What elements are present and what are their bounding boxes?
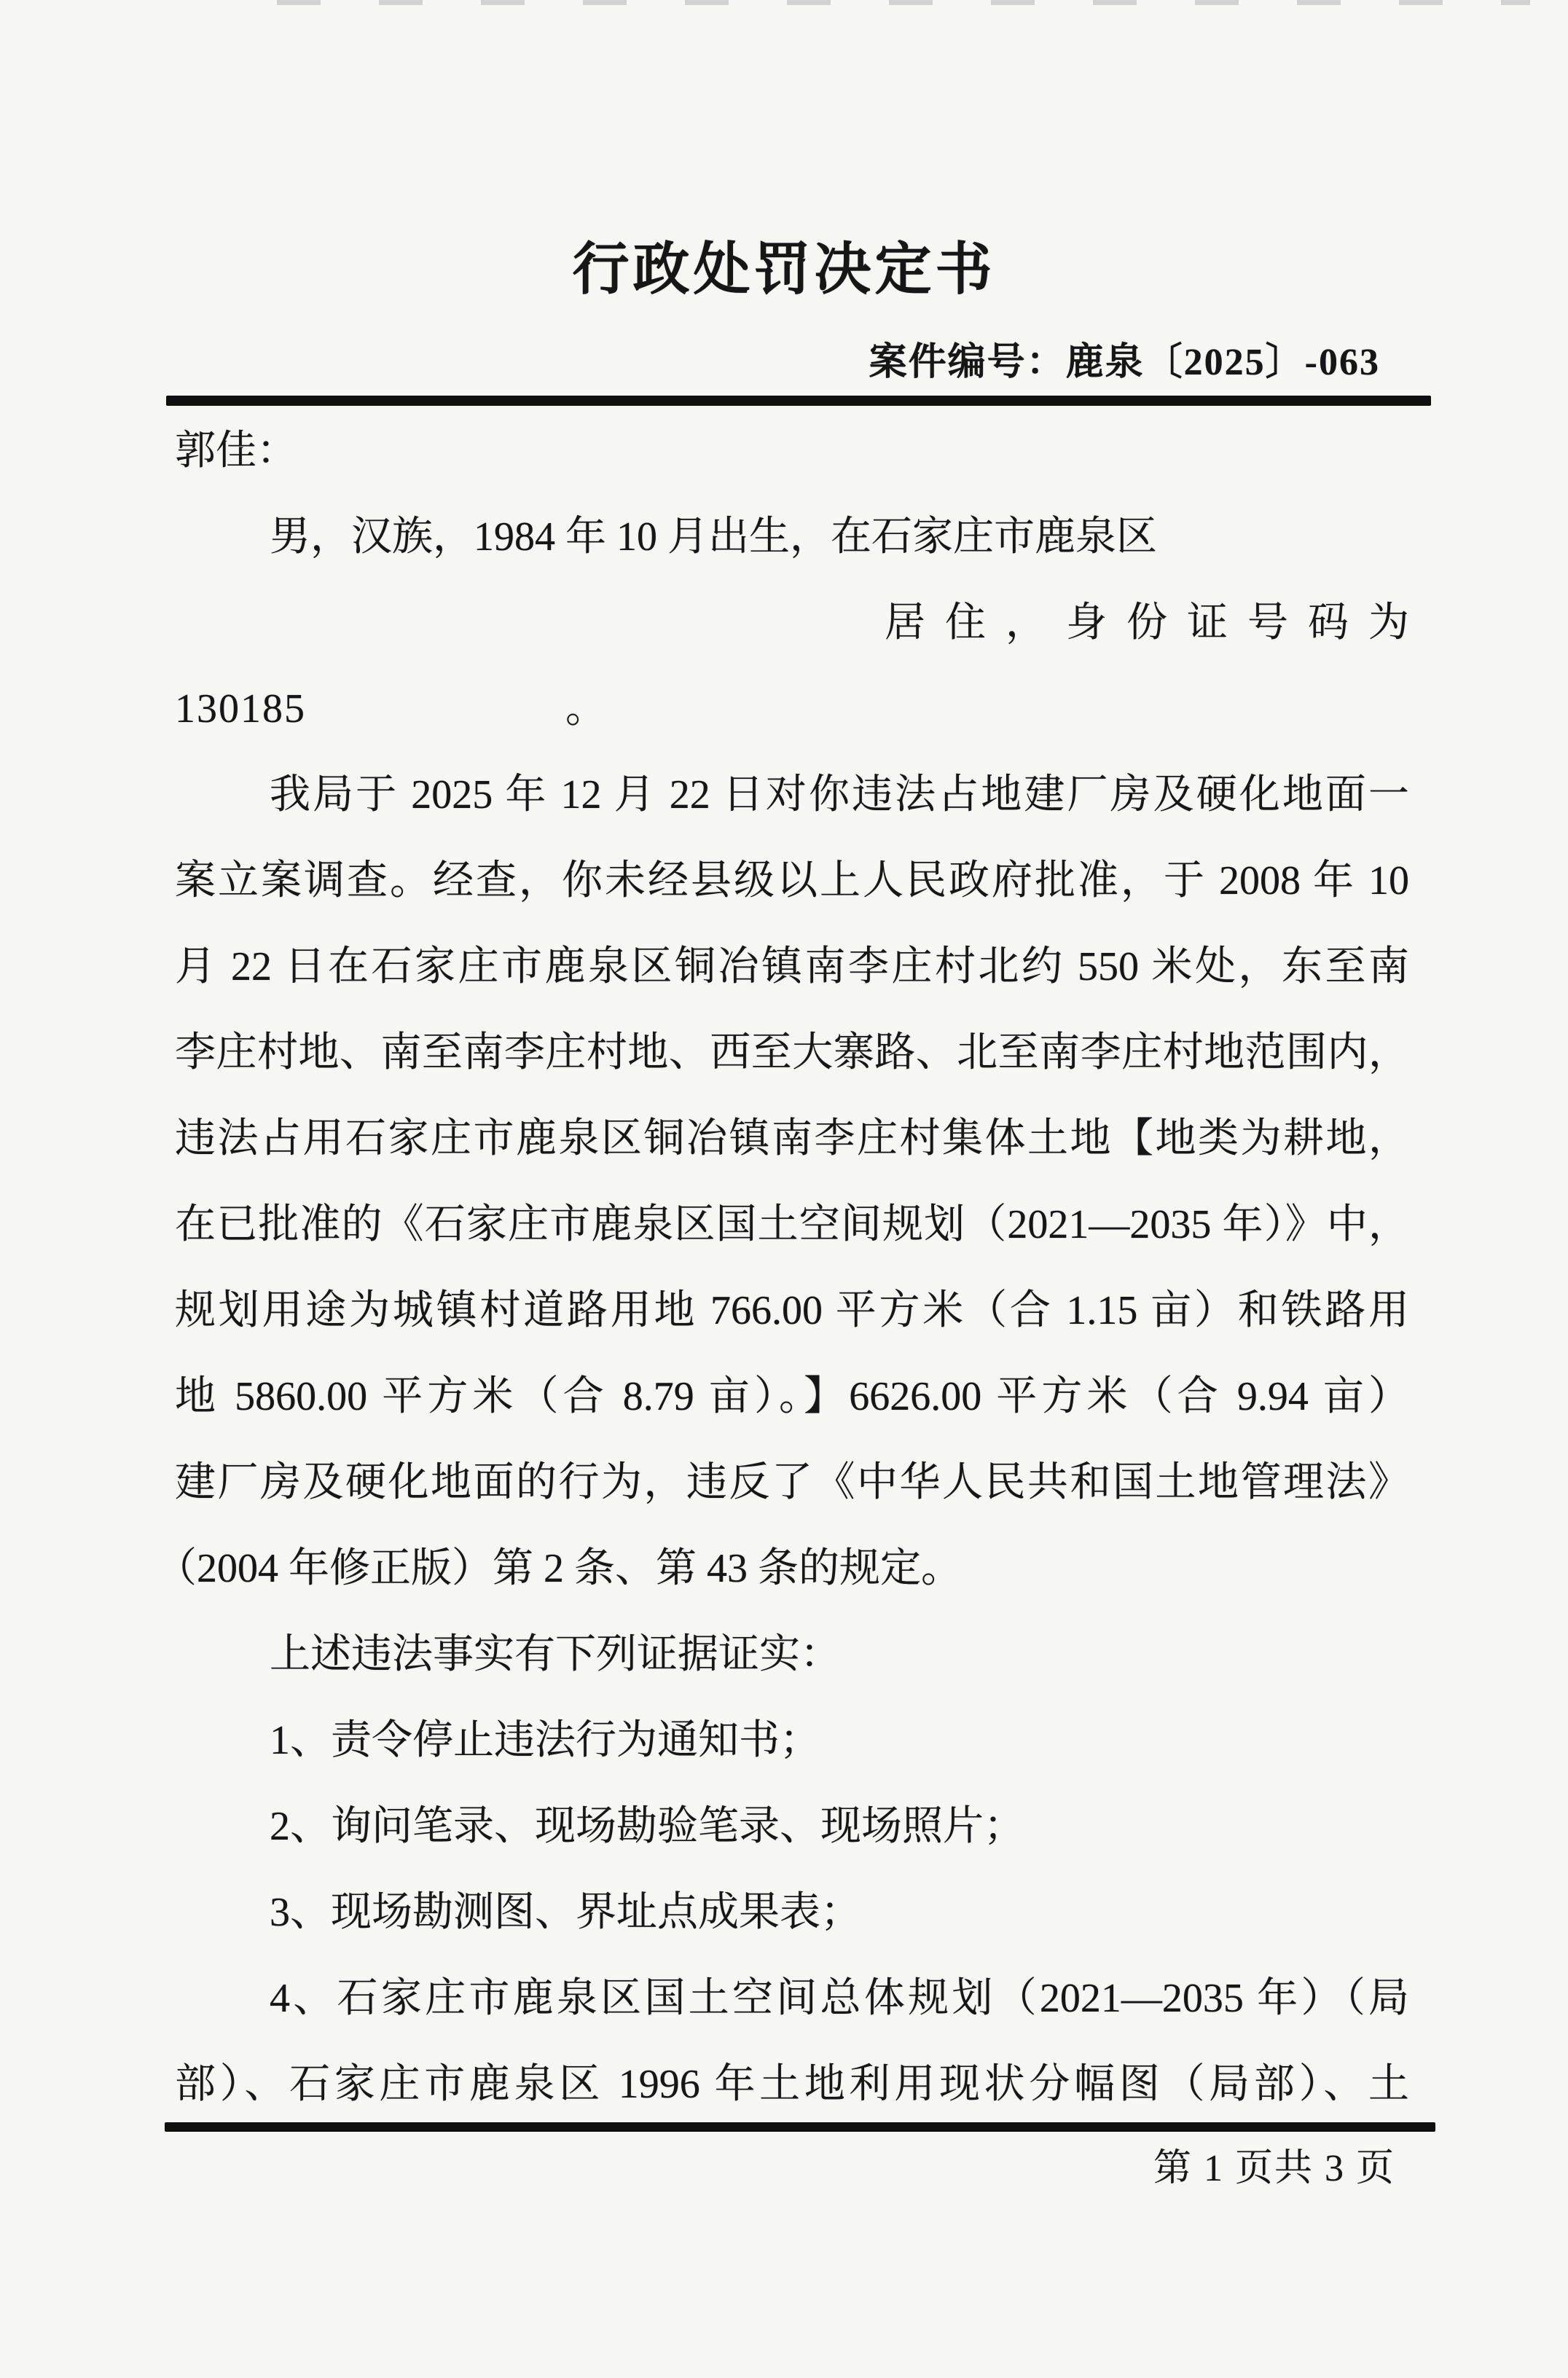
- footer-rule: [165, 2122, 1435, 2132]
- page-title: 行政处罚决定书: [0, 235, 1568, 305]
- text-line: 3、现场勘测图、界址点成果表；: [175, 1869, 1409, 1955]
- text-line: 规划用途为城镇村道路用地 766.00 平方米（合 1.15 亩）和铁路用: [175, 1268, 1409, 1354]
- text-line: 郭佳：: [175, 408, 1409, 494]
- text-line: 部）、石家庄市鹿泉区 1996 年土地利用现状分幅图（局部）、土: [175, 2041, 1409, 2127]
- text-line: 违法占用石家庄市鹿泉区铜冶镇南李庄村集体土地【地类为耕地，: [175, 1096, 1409, 1182]
- body-lines: 郭佳：男，汉族，1984 年 10 月出生，在石家庄市鹿泉区居住，身份证号码为1…: [175, 408, 1409, 2127]
- header-rule: [166, 396, 1431, 406]
- text-line: 2、询问笔录、现场勘验笔录、现场照片；: [175, 1783, 1409, 1869]
- case-number: 案件编号：鹿泉〔2025〕-063: [869, 341, 1380, 385]
- document-page: 行政处罚决定书 案件编号：鹿泉〔2025〕-063 郭佳：男，汉族，1984 年…: [0, 0, 1568, 2378]
- text-line: 地 5860.00 平方米（合 8.79 亩）。】6626.00 平方米（合 9…: [175, 1354, 1409, 1440]
- text-line: （2004 年修正版）第 2 条、第 43 条的规定。: [156, 1526, 1409, 1612]
- text-segment: 。: [565, 686, 606, 731]
- text-line: 我局于 2025 年 12 月 22 日对你违法占地建厂房及硬化地面一: [175, 752, 1409, 838]
- text-line: 月 22 日在石家庄市鹿泉区铜冶镇南李庄村北约 550 米处，东至南: [175, 924, 1409, 1010]
- scan-artifact: [277, 0, 1530, 5]
- text-line: 1、责令停止违法行为通知书；: [175, 1698, 1409, 1783]
- text-line: 130185。: [175, 666, 1409, 752]
- text-line: 建厂房及硬化地面的行为，违反了《中华人民共和国土地管理法》: [175, 1440, 1409, 1526]
- text-line: 男，汉族，1984 年 10 月出生，在石家庄市鹿泉区: [175, 494, 1409, 580]
- text-line: 居住，身份证号码为: [175, 580, 1429, 666]
- text-line: 在已批准的《石家庄市鹿泉区国土空间规划（2021—2035 年）》中，: [175, 1182, 1409, 1268]
- text-line: 4、石家庄市鹿泉区国土空间总体规划（2021—2035 年）（局: [175, 1955, 1409, 2041]
- text-line: 上述违法事实有下列证据证实：: [175, 1612, 1409, 1698]
- text-line: 案立案调查。经查，你未经县级以上人民政府批准，于 2008 年 10: [175, 838, 1409, 924]
- text-line: 李庄村地、南至南李庄村地、西至大寨路、北至南李庄村地范围内，: [175, 1010, 1409, 1096]
- page-number: 第 1 页共 3 页: [1153, 2146, 1395, 2191]
- text-segment: 130185: [175, 686, 306, 731]
